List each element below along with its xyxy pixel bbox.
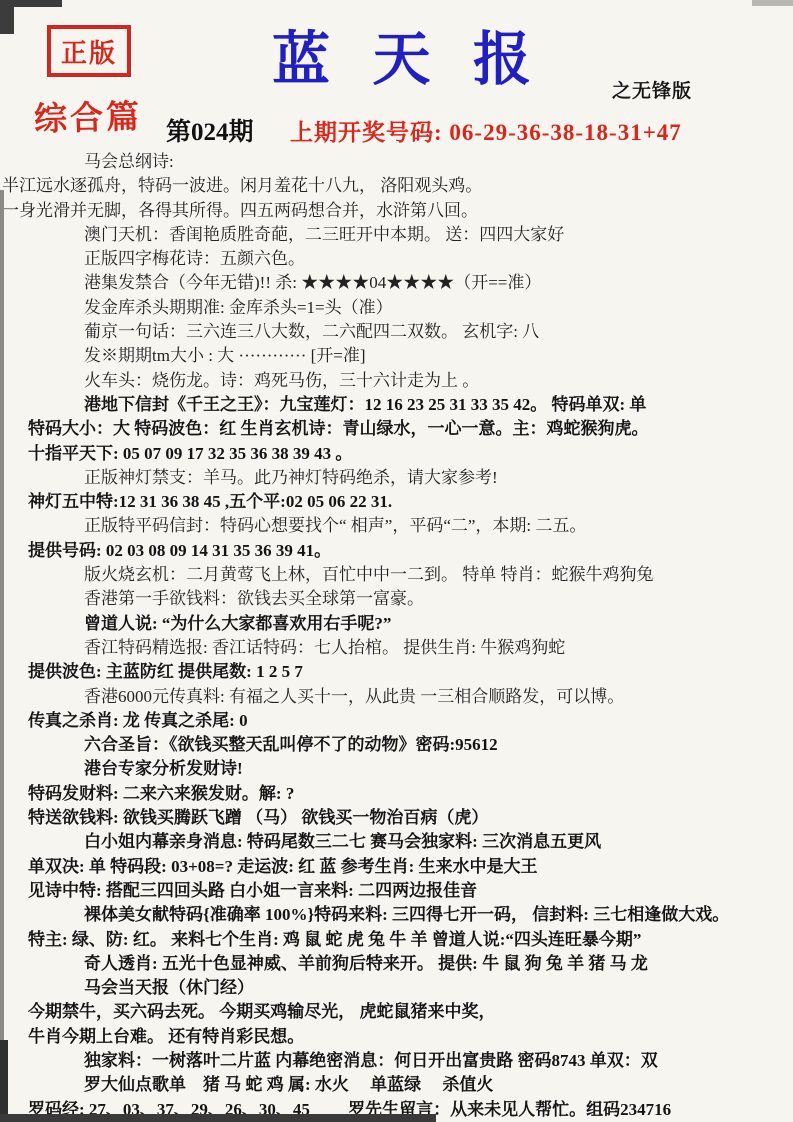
scan-artifact [0,1114,436,1122]
text-line: 裸体美女献特码{准确率 100%}特码来料: 三四得七开一码， 信封料: 三七相… [28,903,785,927]
text-line: 香港第一手欲钱料：欲钱去买全球第一富豪。 [28,587,785,611]
scan-artifact [0,0,62,7]
text-line: 正版神灯禁支：羊马。此乃神灯特码绝杀，请大家参考! [28,466,785,490]
text-line: 一身光滑并无脚，各得其所得。四五两码想合并，水浒第八回。 [2,199,785,223]
scan-artifact [752,0,793,6]
text-line: 港集发禁合（今年无错)!! 杀: ★★★★04★★★★（开==准） [28,271,785,295]
text-line: 今期禁牛，买六码去死。 今期买鸡输尽光， 虎蛇鼠猪来中奖， [28,1000,785,1024]
text-line: 澳门天机：香闺艳质胜奇葩，二三旺开中本期。 送：四四大家好 [28,223,785,247]
text-line: 半江远水逐孤舟，特码一波进。闲月羞花十八九， 洛阳观头鸡。 [2,174,785,198]
text-line: 香港6000元传真料: 有福之人买十一，从此贵 一三相合顺路发，可以博。 [28,685,785,709]
text-line: 独家料：一树落叶二片蓝 内幕绝密消息：何日开出富贵路 密码8743 单双：双 [28,1049,785,1073]
text-line: 发金库杀头期期准: 金库杀头=1=头（准） [28,296,785,320]
text-line: 港台专家分析发财诗! [28,757,785,781]
last-draw-numbers: 上期开奖号码: 06-29-36-38-18-31+47 [290,114,682,147]
text-line: 十指平天下: 05 07 09 17 32 35 36 38 39 43 。 [28,442,785,466]
text-line: 葡京一句话：三六连三八大数，二六配四二双数。 玄机字: 八 [28,320,785,344]
text-line: 奇人透肖: 五光十色显神威、羊前狗后特来开。 提供: 牛 鼠 狗 兔 羊 猪 马… [28,952,785,976]
text-line: 神灯五中特:12 31 36 38 45 ,五个平:02 05 06 22 31… [28,490,785,514]
text-line: 特送欲钱料: 欲钱买腾跃飞蹭 （马） 欲钱买一物治百病（虎） [28,806,785,830]
authentic-badge: 正版 [48,26,130,76]
scan-artifact [0,190,4,1050]
text-line: 罗大仙点歌单 猪 马 蛇 鸡 属: 水火 单蓝绿 杀值火 [28,1073,785,1097]
text-line: 单双决: 单 特码段: 03+08=? 走运波: 红 蓝 参考生肖: 生来水中是… [28,855,785,879]
text-line: 曾道人说: “为什么大家都喜欢用右手呢?” [28,612,785,636]
page-title: 蓝 天 报 [272,12,545,96]
text-line: 提供波色: 主蓝防红 提供尾数: 1 2 5 7 [28,660,785,684]
text-line: 特码发财料: 二来六来猴发财。解: ? [28,782,785,806]
text-line: 提供号码: 02 03 08 09 14 31 35 36 39 41。 [28,539,785,563]
text-line: 港地下信封《千王之王》：九宝莲灯：12 16 23 25 31 33 35 42… [28,393,785,417]
text-line: 版火烧玄机：二月黄莺飞上林，百忙中中一二到。 特单 特肖：蛇猴牛鸡狗兔 [28,563,785,587]
text-line: 特主: 绿、防: 红。 来料七个生肖: 鸡 鼠 蛇 虎 兔 牛 羊 曾道人说:“… [28,928,785,952]
text-line: 香江特码精选报: 香江话特码：七人抬棺。 提供生肖: 牛猴鸡狗蛇 [28,636,785,660]
text-line: 牛肖今期上台难。 还有特肖彩民想。 [28,1025,785,1049]
text-line: 见诗中特: 搭配三四回头路 白小姐一言来料: 二四两边报佳音 [28,879,785,903]
text-line: 马会总纲诗: [28,150,785,174]
text-line: 发※期期tm大小 : 大 ············ [开=准] [28,344,785,368]
text-line: 六合圣旨：《欲钱买整天乱叫停不了的动物》密码:95612 [28,733,785,757]
section-label: 综合篇 [33,91,142,141]
scan-artifact [0,1040,8,1122]
issue-number: 第024期 [166,112,254,148]
text-line: 白小姐内幕亲身消息: 特码尾数三二七 赛马会独家料: 三次消息五更风 [28,830,785,854]
text-line: 火车头：烧伤龙。诗：鸡死马伤，三十六计走为上 。 [28,369,785,393]
text-line: 正版特平码信封：特码心想要找个“ 相声”，平码“二”，本期: 二五。 [28,514,785,538]
text-line: 马会当天报（休门经） [28,976,785,1000]
text-line: 正版四字梅花诗：五颜六色。 [28,247,785,271]
text-line: 特码大小：大 特码波色：红 生肖玄机诗：青山绿水，一心一意。主：鸡蛇猴狗虎。 [28,417,785,441]
body-lines: 马会总纲诗:半江远水逐孤舟，特码一波进。闲月羞花十八九， 洛阳观头鸡。一身光滑并… [28,150,785,1122]
edition-label: 之无锋版 [612,76,692,103]
text-line: 传真之杀肖: 龙 传真之杀尾: 0 [28,709,785,733]
newspaper-page: 正版 蓝 天 报 之无锋版 综合篇 第024期 上期开奖号码: 06-29-36… [0,0,793,1122]
